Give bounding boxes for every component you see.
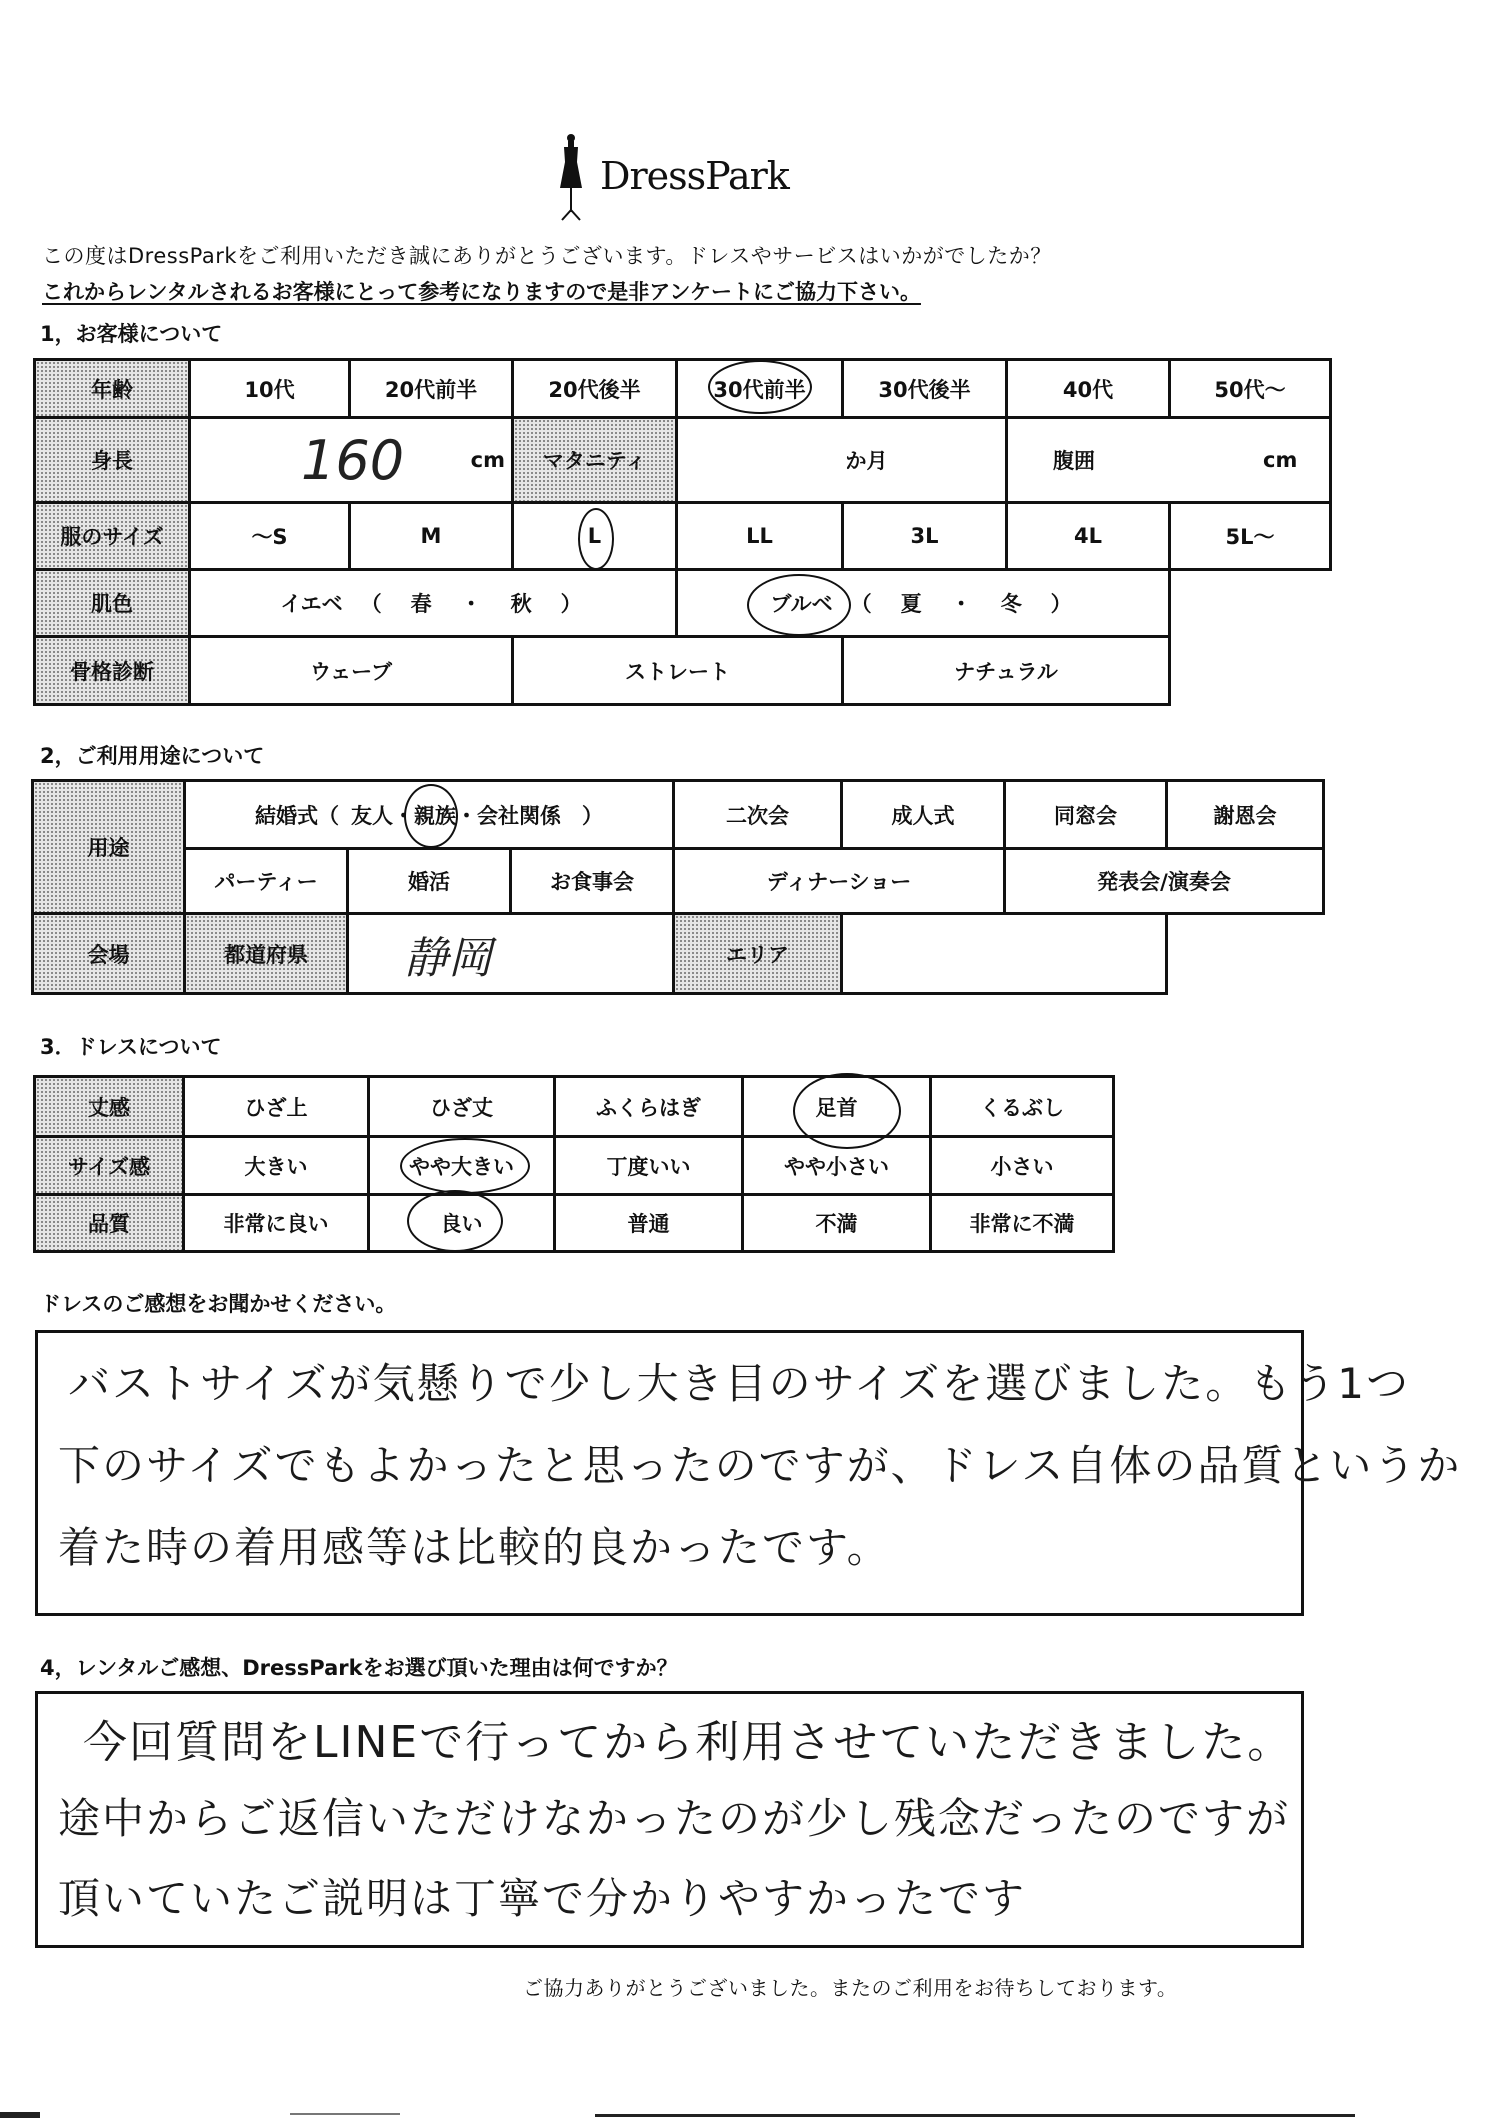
dress-comment-box[interactable]: バストサイズが気懸りで少し大き目のサイズを選びました。もう1つ 下のサイズでもよ… xyxy=(35,1330,1304,1616)
footer-thanks: ご協力ありがとうございました。またのご利用をお待ちしております。 xyxy=(523,1972,1177,2001)
age-option[interactable]: 40代 xyxy=(1005,358,1171,419)
length-label: 丈感 xyxy=(33,1075,185,1138)
usage-option[interactable]: 同窓会 xyxy=(1003,779,1168,850)
section2-title: 2，ご利用用途について xyxy=(40,740,264,770)
comment-line: 着た時の着用感等は比較的良かったです。 xyxy=(58,1515,891,1575)
quality-option[interactable]: 非常に良い xyxy=(182,1193,370,1253)
intro-text: この度はDressParkをご利用いただき誠にありがとうございます。ドレスやサー… xyxy=(42,240,1052,270)
size-feel-option[interactable]: やや小さい xyxy=(741,1135,932,1196)
usage-option[interactable]: 二次会 xyxy=(672,779,843,850)
section3-title: 3．ドレスについて xyxy=(40,1031,222,1061)
size-feel-option[interactable]: 大きい xyxy=(182,1135,370,1196)
body-type-option[interactable]: ストレート xyxy=(511,635,844,706)
dress-form-icon xyxy=(556,132,592,224)
blue-seasons: （ 夏 ・ 冬 ） xyxy=(851,588,1076,618)
length-option[interactable]: ふくらはぎ xyxy=(553,1075,744,1138)
size-option[interactable]: LL xyxy=(675,501,844,571)
dresspark-logo: DressPark xyxy=(556,132,796,224)
maternity-months-field[interactable]: か月 xyxy=(675,416,1008,504)
usage-wedding-option[interactable]: 結婚式（ 友人 ・親族・会社関係 ） xyxy=(183,779,675,850)
quality-option[interactable]: 普通 xyxy=(553,1193,744,1253)
skin-tone-blue-option[interactable]: ブルベ （ 夏 ・ 冬 ） xyxy=(675,568,1171,638)
height-label: 身長 xyxy=(33,416,191,504)
yellow-base-label: イエベ xyxy=(280,588,342,618)
section4-title: 4，レンタルご感想、DressParkをお選び頂いた理由は何ですか？ xyxy=(40,1652,678,1682)
length-option[interactable]: ひざ上 xyxy=(182,1075,370,1138)
size-feel-option[interactable]: 丁度いい xyxy=(553,1135,744,1196)
body-type-option[interactable]: ナチュラル xyxy=(841,635,1171,706)
scan-artifact xyxy=(290,2113,400,2115)
size-option[interactable]: 3L xyxy=(841,501,1008,571)
usage-option[interactable]: 謝恩会 xyxy=(1165,779,1325,850)
wedding-rest: ・親族・会社関係 ） xyxy=(393,800,603,830)
body-type-option[interactable]: ウェーブ xyxy=(188,635,514,706)
intro-request-text: これからレンタルされるお客様にとって参考になりますので是非アンケートにご協力下さ… xyxy=(42,276,921,306)
usage-label: 用途 xyxy=(31,779,186,915)
height-value: 160 xyxy=(301,429,404,492)
usage-option[interactable]: ディナーショー xyxy=(672,847,1006,915)
height-unit: cm xyxy=(471,448,505,472)
length-option[interactable]: くるぶし xyxy=(929,1075,1115,1138)
waist-unit: cm xyxy=(1263,448,1297,472)
blue-base-label: ブルベ xyxy=(770,588,832,618)
comment-line: 今回質問をLINEで行ってから利用させていただきました。 xyxy=(83,1706,1293,1770)
section1-title: 1，お客様について xyxy=(40,318,222,348)
venue-label: 会場 xyxy=(31,912,186,995)
prefecture-label: 都道府県 xyxy=(183,912,349,995)
length-option[interactable]: ひざ丈 xyxy=(367,1075,556,1138)
age-option[interactable]: 50代～ xyxy=(1168,358,1332,419)
size-feel-option[interactable]: 小さい xyxy=(929,1135,1115,1196)
quality-option-selected[interactable]: 良い xyxy=(367,1193,556,1253)
brand-name: DressPark xyxy=(600,154,789,198)
months-unit: か月 xyxy=(846,445,888,475)
wedding-prefix: 結婚式（ xyxy=(255,800,339,830)
area-label: エリア xyxy=(672,912,843,995)
usual-size-label: 服のサイズ xyxy=(33,501,191,571)
comment-line: 下のサイズでもよかったと思ったのですが、ドレス自体の品質というか xyxy=(58,1433,1461,1493)
age-option-selected[interactable]: 30代前半 xyxy=(675,358,844,419)
usage-option[interactable]: パーティー xyxy=(183,847,349,915)
skin-tone-label: 肌色 xyxy=(33,568,191,638)
size-feel-option-selected[interactable]: やや大きい xyxy=(367,1135,556,1196)
comment-line: バストサイズが気懸りで少し大き目のサイズを選びました。もう1つ xyxy=(68,1351,1410,1411)
prefecture-value: 静岡 xyxy=(404,922,492,986)
size-option[interactable]: M xyxy=(348,501,514,571)
maternity-label: マタニティ xyxy=(511,416,678,504)
age-option[interactable]: 20代後半 xyxy=(511,358,678,419)
size-option[interactable]: ～S xyxy=(188,501,351,571)
skin-tone-yellow-option[interactable]: イエベ （ 春 ・ 秋 ） xyxy=(188,568,678,638)
prefecture-field[interactable]: 静岡 xyxy=(346,912,675,995)
quality-label: 品質 xyxy=(33,1193,185,1253)
usage-option[interactable]: 婚活 xyxy=(346,847,512,915)
size-feel-label: サイズ感 xyxy=(33,1135,185,1196)
usage-option[interactable]: 成人式 xyxy=(840,779,1006,850)
age-option[interactable]: 10代 xyxy=(188,358,351,419)
comment-line: 途中からご返信いただけなかったのが少し残念だったのですが xyxy=(58,1786,1290,1846)
wedding-friend: 友人 xyxy=(351,800,393,830)
rental-comment-box[interactable]: 今回質問をLINEで行ってから利用させていただきました。 途中からご返信いただけ… xyxy=(35,1691,1304,1948)
size-option-selected[interactable]: L xyxy=(511,501,678,571)
length-option-selected[interactable]: 足首 xyxy=(741,1075,932,1138)
scan-artifact xyxy=(595,2114,1355,2117)
waist-label: 腹囲 xyxy=(1053,445,1095,475)
usage-option[interactable]: お食事会 xyxy=(509,847,675,915)
quality-option[interactable]: 不満 xyxy=(741,1193,932,1253)
age-label: 年齢 xyxy=(33,358,191,419)
dress-comment-prompt: ドレスのご感想をお聞かせください。 xyxy=(40,1288,396,1318)
quality-option[interactable]: 非常に不満 xyxy=(929,1193,1115,1253)
height-field[interactable]: 160 cm xyxy=(188,416,514,504)
body-type-label: 骨格診断 xyxy=(33,635,191,706)
age-option[interactable]: 20代前半 xyxy=(348,358,514,419)
size-option[interactable]: 5L～ xyxy=(1168,501,1332,571)
scan-artifact xyxy=(0,2112,40,2118)
usage-option[interactable]: 発表会/演奏会 xyxy=(1003,847,1325,915)
area-field[interactable] xyxy=(840,912,1168,995)
waist-field[interactable]: 腹囲 cm xyxy=(1005,416,1332,504)
size-option[interactable]: 4L xyxy=(1005,501,1171,571)
age-option[interactable]: 30代後半 xyxy=(841,358,1008,419)
comment-line: 頂いていたご説明は丁寧で分かりやすかったです xyxy=(58,1866,1026,1926)
yellow-seasons: （ 春 ・ 秋 ） xyxy=(361,588,586,618)
